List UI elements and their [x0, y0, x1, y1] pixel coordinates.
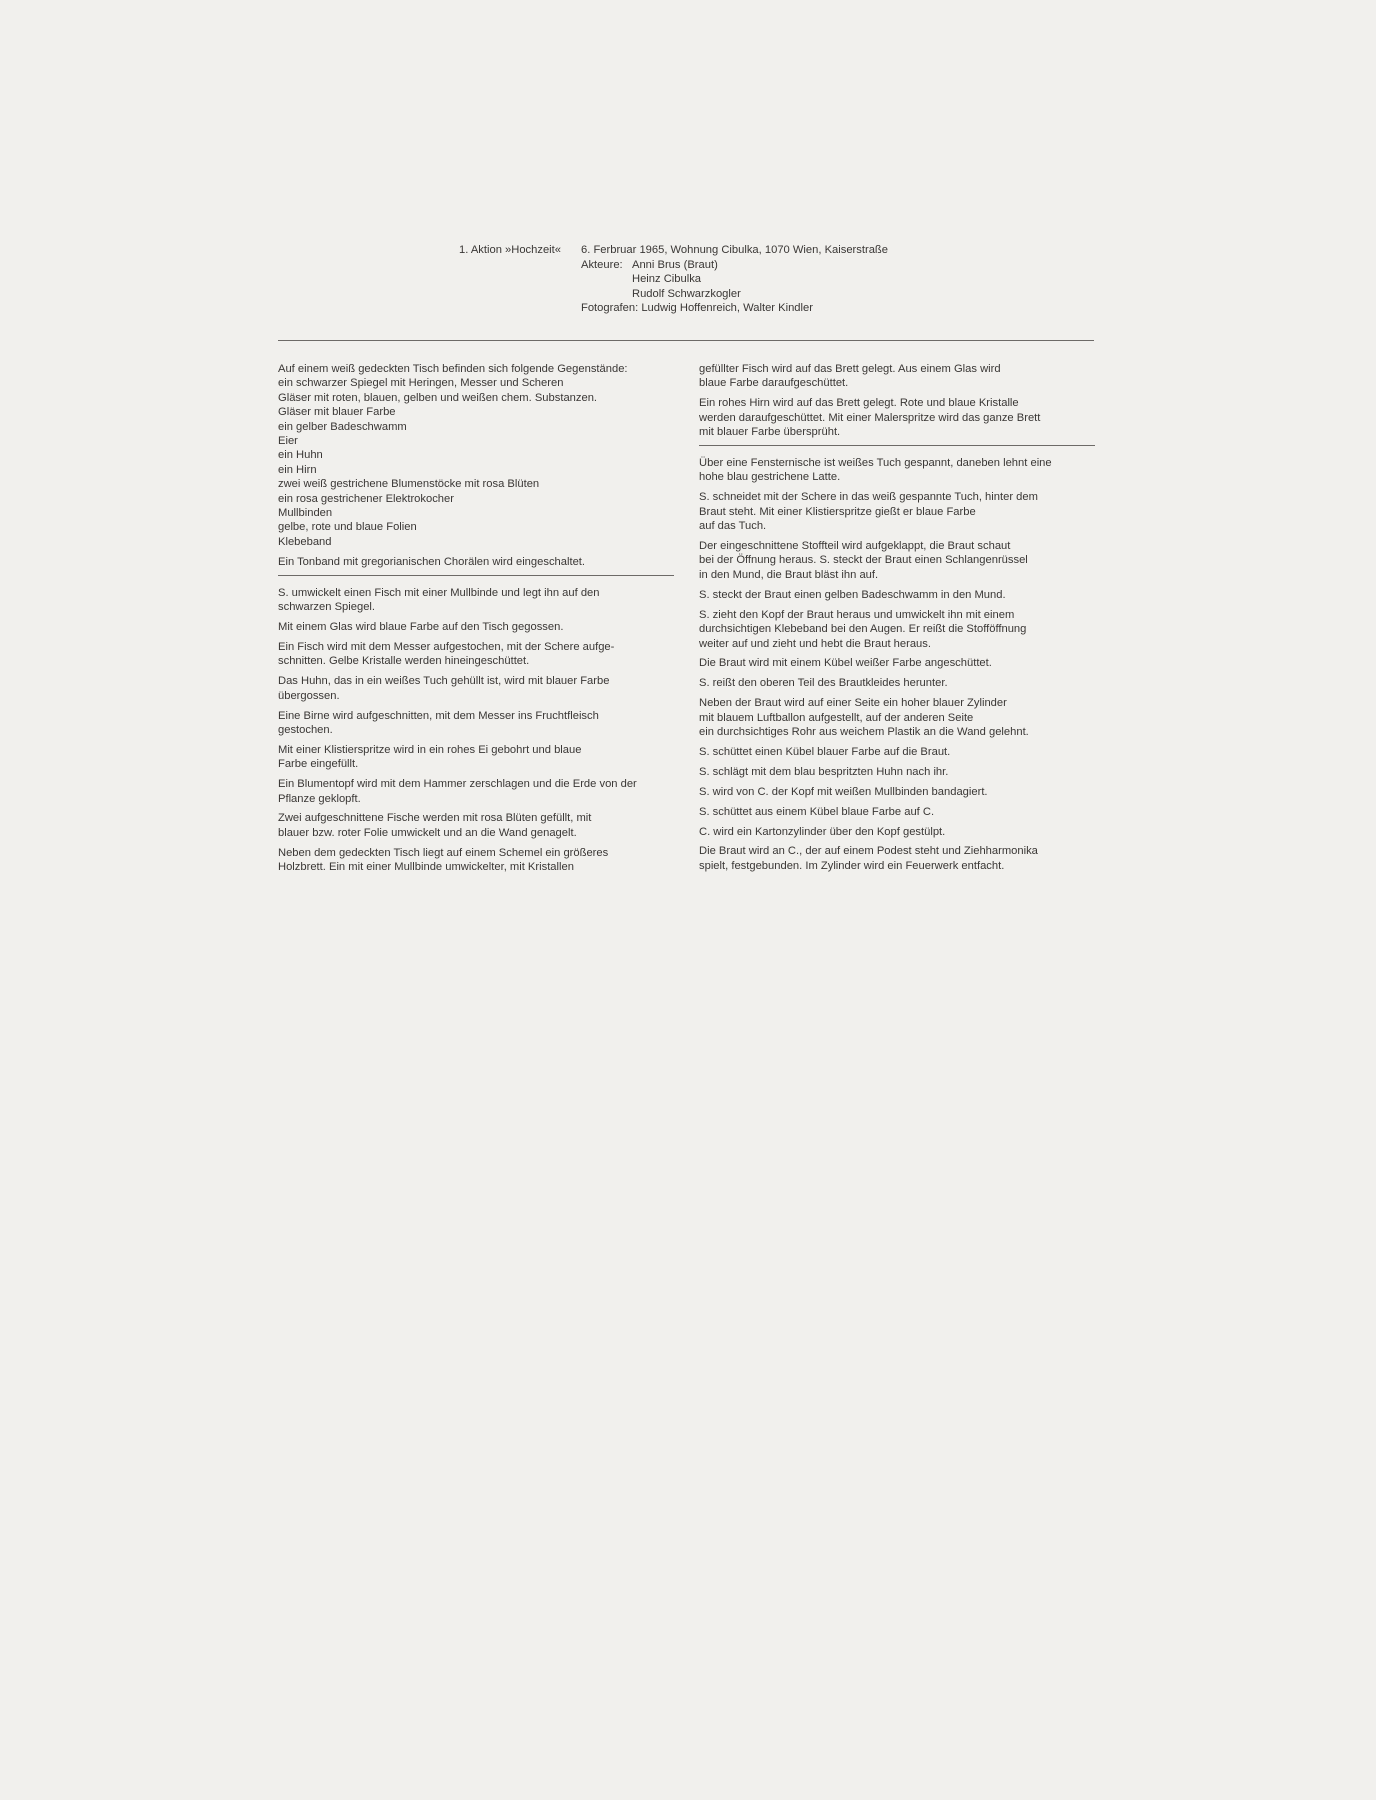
- action-paragraph: C. wird ein Kartonzylinder über den Kopf…: [699, 825, 1119, 839]
- actors-list: Anni Brus (Braut) Heinz Cibulka Rudolf S…: [632, 258, 741, 302]
- action-paragraph: Über eine Fensternische ist weißes Tuch …: [699, 456, 1119, 485]
- object-item: ein gelber Badeschwamm: [278, 420, 698, 434]
- action-paragraph: S. zieht den Kopf der Braut heraus und u…: [699, 608, 1119, 651]
- action-paragraph: Ein Fisch wird mit dem Messer aufgestoch…: [278, 640, 698, 669]
- object-item: Gläser mit roten, blauen, gelben und wei…: [278, 391, 698, 405]
- action-paragraph: Die Braut wird an C., der auf einem Pode…: [699, 844, 1119, 873]
- action-paragraph: Neben der Braut wird auf einer Seite ein…: [699, 696, 1119, 739]
- actor-name: Anni Brus (Braut): [632, 258, 741, 273]
- event-details: 6. Ferbruar 1965, Wohnung Cibulka, 1070 …: [581, 243, 888, 316]
- object-item: ein Huhn: [278, 448, 698, 462]
- action-paragraph: Eine Birne wird aufgeschnitten, mit dem …: [278, 709, 698, 738]
- event-date-place: 6. Ferbruar 1965, Wohnung Cibulka, 1070 …: [581, 243, 888, 258]
- action-paragraph: S. schüttet einen Kübel blauer Farbe auf…: [699, 745, 1119, 759]
- object-item: ein schwarzer Spiegel mit Heringen, Mess…: [278, 376, 698, 390]
- actors-label: Akteure:: [581, 258, 632, 302]
- right-column: gefüllter Fisch wird auf das Brett geleg…: [699, 362, 1119, 879]
- object-item: gelbe, rote und blaue Folien: [278, 520, 698, 534]
- object-item: Gläser mit blauer Farbe: [278, 405, 698, 419]
- tape-note: Ein Tonband mit gregorianischen Chorälen…: [278, 555, 698, 569]
- event-title: 1. Aktion »Hochzeit«: [459, 243, 581, 316]
- action-paragraph: Neben dem gedeckten Tisch liegt auf eine…: [278, 846, 698, 875]
- section-divider: [278, 575, 674, 576]
- action-paragraph: Mit einer Klistierspritze wird in ein ro…: [278, 743, 698, 772]
- object-item: ein Hirn: [278, 463, 698, 477]
- action-paragraph: Mit einem Glas wird blaue Farbe auf den …: [278, 620, 698, 634]
- photographers: Fotografen: Ludwig Hoffenreich, Walter K…: [581, 301, 888, 316]
- action-paragraph: S. schüttet aus einem Kübel blaue Farbe …: [699, 805, 1119, 819]
- object-item: Klebeband: [278, 535, 698, 549]
- actor-name: Rudolf Schwarzkogler: [632, 287, 741, 302]
- object-list: Auf einem weiß gedeckten Tisch befinden …: [278, 362, 698, 549]
- object-item: Eier: [278, 434, 698, 448]
- action-paragraph: S. schneidet mit der Schere in das weiß …: [699, 490, 1119, 533]
- action-paragraph: Zwei aufgeschnittene Fische werden mit r…: [278, 811, 698, 840]
- object-item: zwei weiß gestrichene Blumenstöcke mit r…: [278, 477, 698, 491]
- action-paragraph: S. steckt der Braut einen gelben Badesch…: [699, 588, 1119, 602]
- action-paragraph: Ein Blumentopf wird mit dem Hammer zersc…: [278, 777, 698, 806]
- object-item: ein rosa gestrichener Elektrokocher: [278, 492, 698, 506]
- action-paragraph: S. wird von C. der Kopf mit weißen Mullb…: [699, 785, 1119, 799]
- left-column: Auf einem weiß gedeckten Tisch befinden …: [278, 362, 698, 880]
- action-paragraph: Ein rohes Hirn wird auf das Brett gelegt…: [699, 396, 1119, 439]
- action-paragraph: S. reißt den oberen Teil des Brautkleide…: [699, 676, 1119, 690]
- event-header: 1. Aktion »Hochzeit« 6. Ferbruar 1965, W…: [459, 243, 888, 316]
- actors-block: Akteure: Anni Brus (Braut) Heinz Cibulka…: [581, 258, 888, 302]
- action-paragraph: Das Huhn, das in ein weißes Tuch gehüllt…: [278, 674, 698, 703]
- action-paragraph: S. schlägt mit dem blau bespritzten Huhn…: [699, 765, 1119, 779]
- section-divider: [699, 445, 1095, 446]
- action-paragraph: S. umwickelt einen Fisch mit einer Mullb…: [278, 586, 698, 615]
- action-paragraph: gefüllter Fisch wird auf das Brett geleg…: [699, 362, 1119, 391]
- object-list-intro: Auf einem weiß gedeckten Tisch befinden …: [278, 362, 698, 376]
- action-paragraph: Der eingeschnittene Stoffteil wird aufge…: [699, 539, 1119, 582]
- header-divider: [278, 340, 1094, 341]
- actor-name: Heinz Cibulka: [632, 272, 741, 287]
- object-item: Mullbinden: [278, 506, 698, 520]
- action-paragraph: Die Braut wird mit einem Kübel weißer Fa…: [699, 656, 1119, 670]
